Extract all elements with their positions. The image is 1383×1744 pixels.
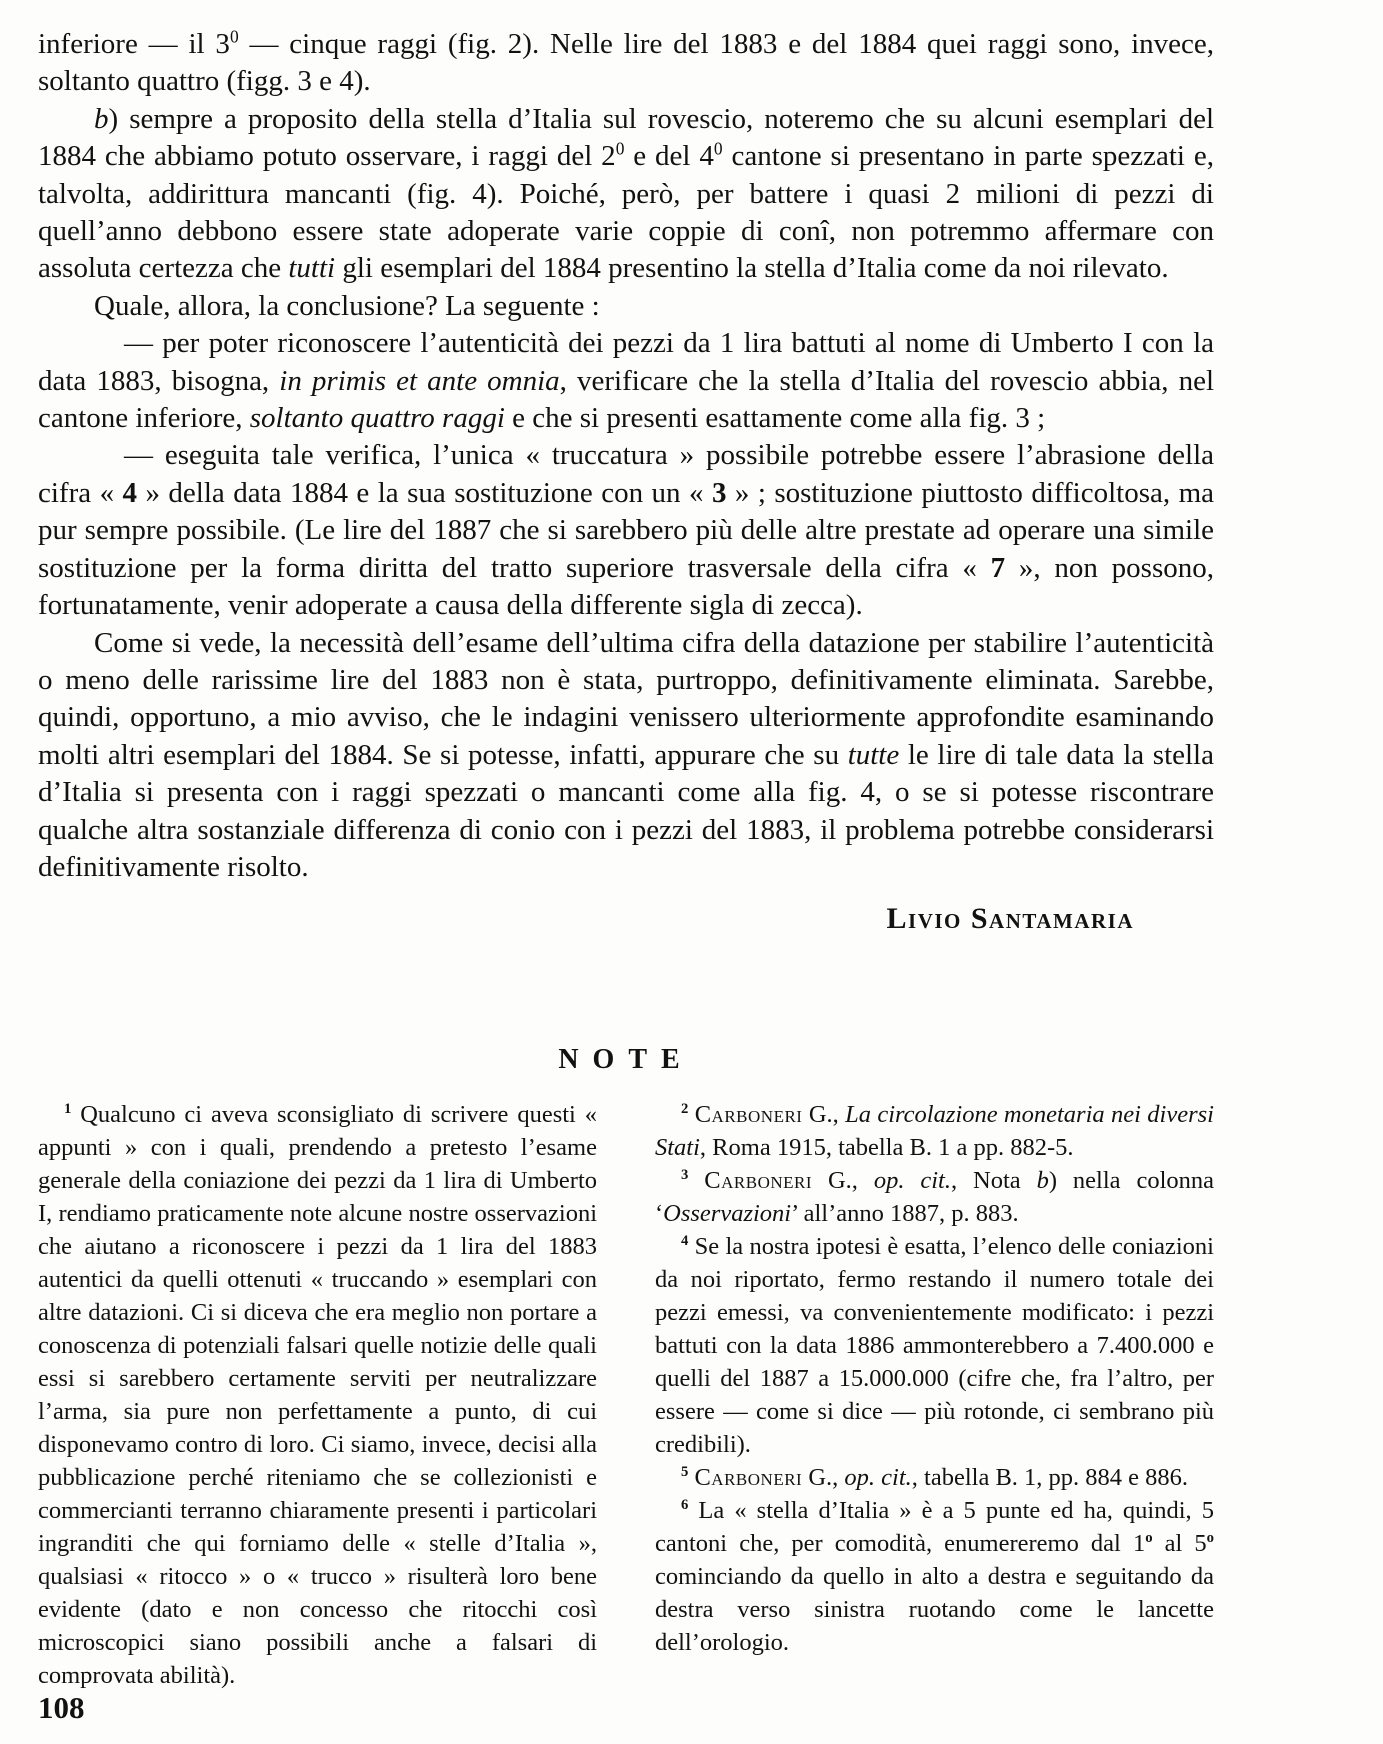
- footnotes-right-column: 2 Carboneri G., La circolazione monetari…: [655, 1098, 1214, 1692]
- paragraph: Quale, allora, la conclusione? La seguen…: [38, 288, 1214, 325]
- footnote-1: 1 Qualcuno ci aveva sconsigliato di scri…: [38, 1098, 597, 1692]
- paragraph: inferiore — il 30 — cinque raggi (fig. 2…: [38, 26, 1214, 101]
- paragraph: b) sempre a proposito della stella d’Ita…: [38, 101, 1214, 288]
- notes-heading: NOTE: [38, 1044, 1214, 1076]
- paragraph: Come si vede, la necessità dell’esame de…: [38, 625, 1214, 887]
- footnote-3: 3 Carboneri G., op. cit., Nota b) nella …: [655, 1164, 1214, 1230]
- document-page: inferiore — il 30 — cinque raggi (fig. 2…: [0, 0, 1383, 1744]
- paragraph: — per poter riconoscere l’autenticità de…: [38, 325, 1214, 437]
- author-signature: Livio Santamaria: [38, 900, 1214, 937]
- footnotes-left-column: 1 Qualcuno ci aveva sconsigliato di scri…: [38, 1098, 597, 1692]
- footnote-5: 5 Carboneri G., op. cit., tabella B. 1, …: [655, 1461, 1214, 1494]
- footnote-2: 2 Carboneri G., La circolazione monetari…: [655, 1098, 1214, 1164]
- paragraph: — eseguita tale verifica, l’unica « truc…: [38, 437, 1214, 624]
- page-number: 108: [38, 1690, 85, 1726]
- main-text-block: inferiore — il 30 — cinque raggi (fig. 2…: [38, 26, 1214, 968]
- footnote-4: 4 Se la nostra ipotesi è esatta, l’elenc…: [655, 1230, 1214, 1461]
- footnotes-section: 1 Qualcuno ci aveva sconsigliato di scri…: [38, 1098, 1214, 1692]
- footnote-6: 6 La « stella d’Italia » è a 5 punte ed …: [655, 1494, 1214, 1659]
